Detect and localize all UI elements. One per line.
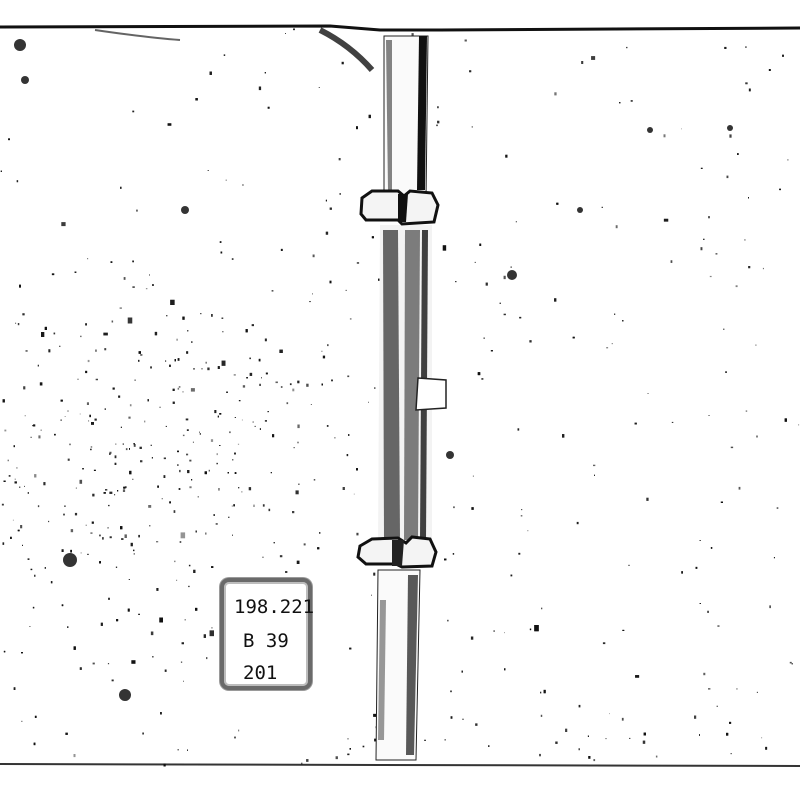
call-number-class: 198.221 — [234, 598, 314, 617]
call-number-copy: 201 — [243, 664, 277, 683]
spine-band-lower — [358, 537, 436, 567]
spine-band-upper — [361, 191, 438, 224]
call-number-cutter: B 39 — [243, 632, 289, 651]
scanned-binding-image — [0, 0, 800, 800]
call-number-label: 198.221 B 39 201 — [220, 578, 312, 690]
